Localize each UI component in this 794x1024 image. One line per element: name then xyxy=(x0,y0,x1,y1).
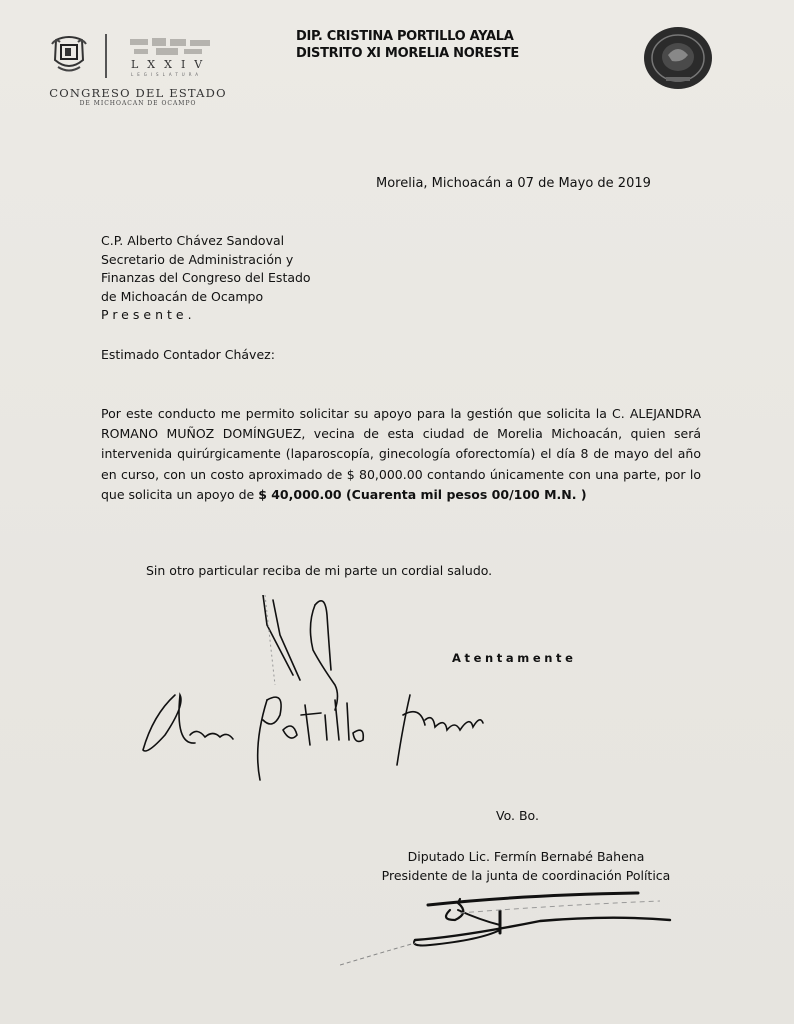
legislature-logo-icon xyxy=(128,36,248,58)
logo-divider xyxy=(105,34,107,78)
sender-name: DIP. CRISTINA PORTILLO AYALA xyxy=(296,28,519,45)
sign-off: Atentamente xyxy=(452,651,577,665)
addressee-name: C.P. Alberto Chávez Sandoval xyxy=(101,232,311,251)
addressee-block: C.P. Alberto Chávez Sandoval Secretario … xyxy=(101,232,311,325)
date-line: Morelia, Michoacán a 07 de Mayo de 2019 xyxy=(376,176,651,191)
approver-name: Diputado Lic. Fermín Bernabé Bahena xyxy=(356,847,696,866)
salutation: Estimado Contador Chávez: xyxy=(101,347,275,362)
congress-logo: LXXIV LEGISLATURA CONGRESO DEL ESTADO DE… xyxy=(28,30,248,115)
closing-line: Sin otro particular reciba de mi parte u… xyxy=(146,563,492,578)
signature-cristina-portillo xyxy=(135,595,495,785)
approver-block: Diputado Lic. Fermín Bernabé Bahena Pres… xyxy=(356,847,696,885)
body-paragraph: Por este conducto me permito solicitar s… xyxy=(101,404,701,505)
legislature-label: LEGISLATURA xyxy=(131,72,202,77)
institution-name: CONGRESO DEL ESTADO xyxy=(28,86,248,100)
signature-fermin-bernabe xyxy=(340,885,680,970)
addressee-location: de Michoacán de Ocampo xyxy=(101,288,311,307)
requested-amount: $ 40,000.00 (Cuarenta mil pesos 00/100 M… xyxy=(258,487,586,502)
approval-label: Vo. Bo. xyxy=(496,808,539,823)
sender-district: DISTRITO XI MORELIA NORESTE xyxy=(296,45,519,62)
sender-header: DIP. CRISTINA PORTILLO AYALA DISTRITO XI… xyxy=(296,28,519,62)
addressee-dept: Finanzas del Congreso del Estado xyxy=(101,269,311,288)
letter-page: LXXIV LEGISLATURA CONGRESO DEL ESTADO DE… xyxy=(0,0,794,1024)
institution-state: DE MICHOACAN DE OCAMPO xyxy=(28,100,248,107)
state-crest-icon xyxy=(50,34,88,74)
addressee-title: Secretario de Administración y xyxy=(101,251,311,270)
approver-title: Presidente de la junta de coordinación P… xyxy=(356,866,696,885)
official-seal-icon xyxy=(642,25,714,91)
addressee-presente: Presente. xyxy=(101,306,311,325)
legislature-numeral: LXXIV xyxy=(131,58,211,71)
